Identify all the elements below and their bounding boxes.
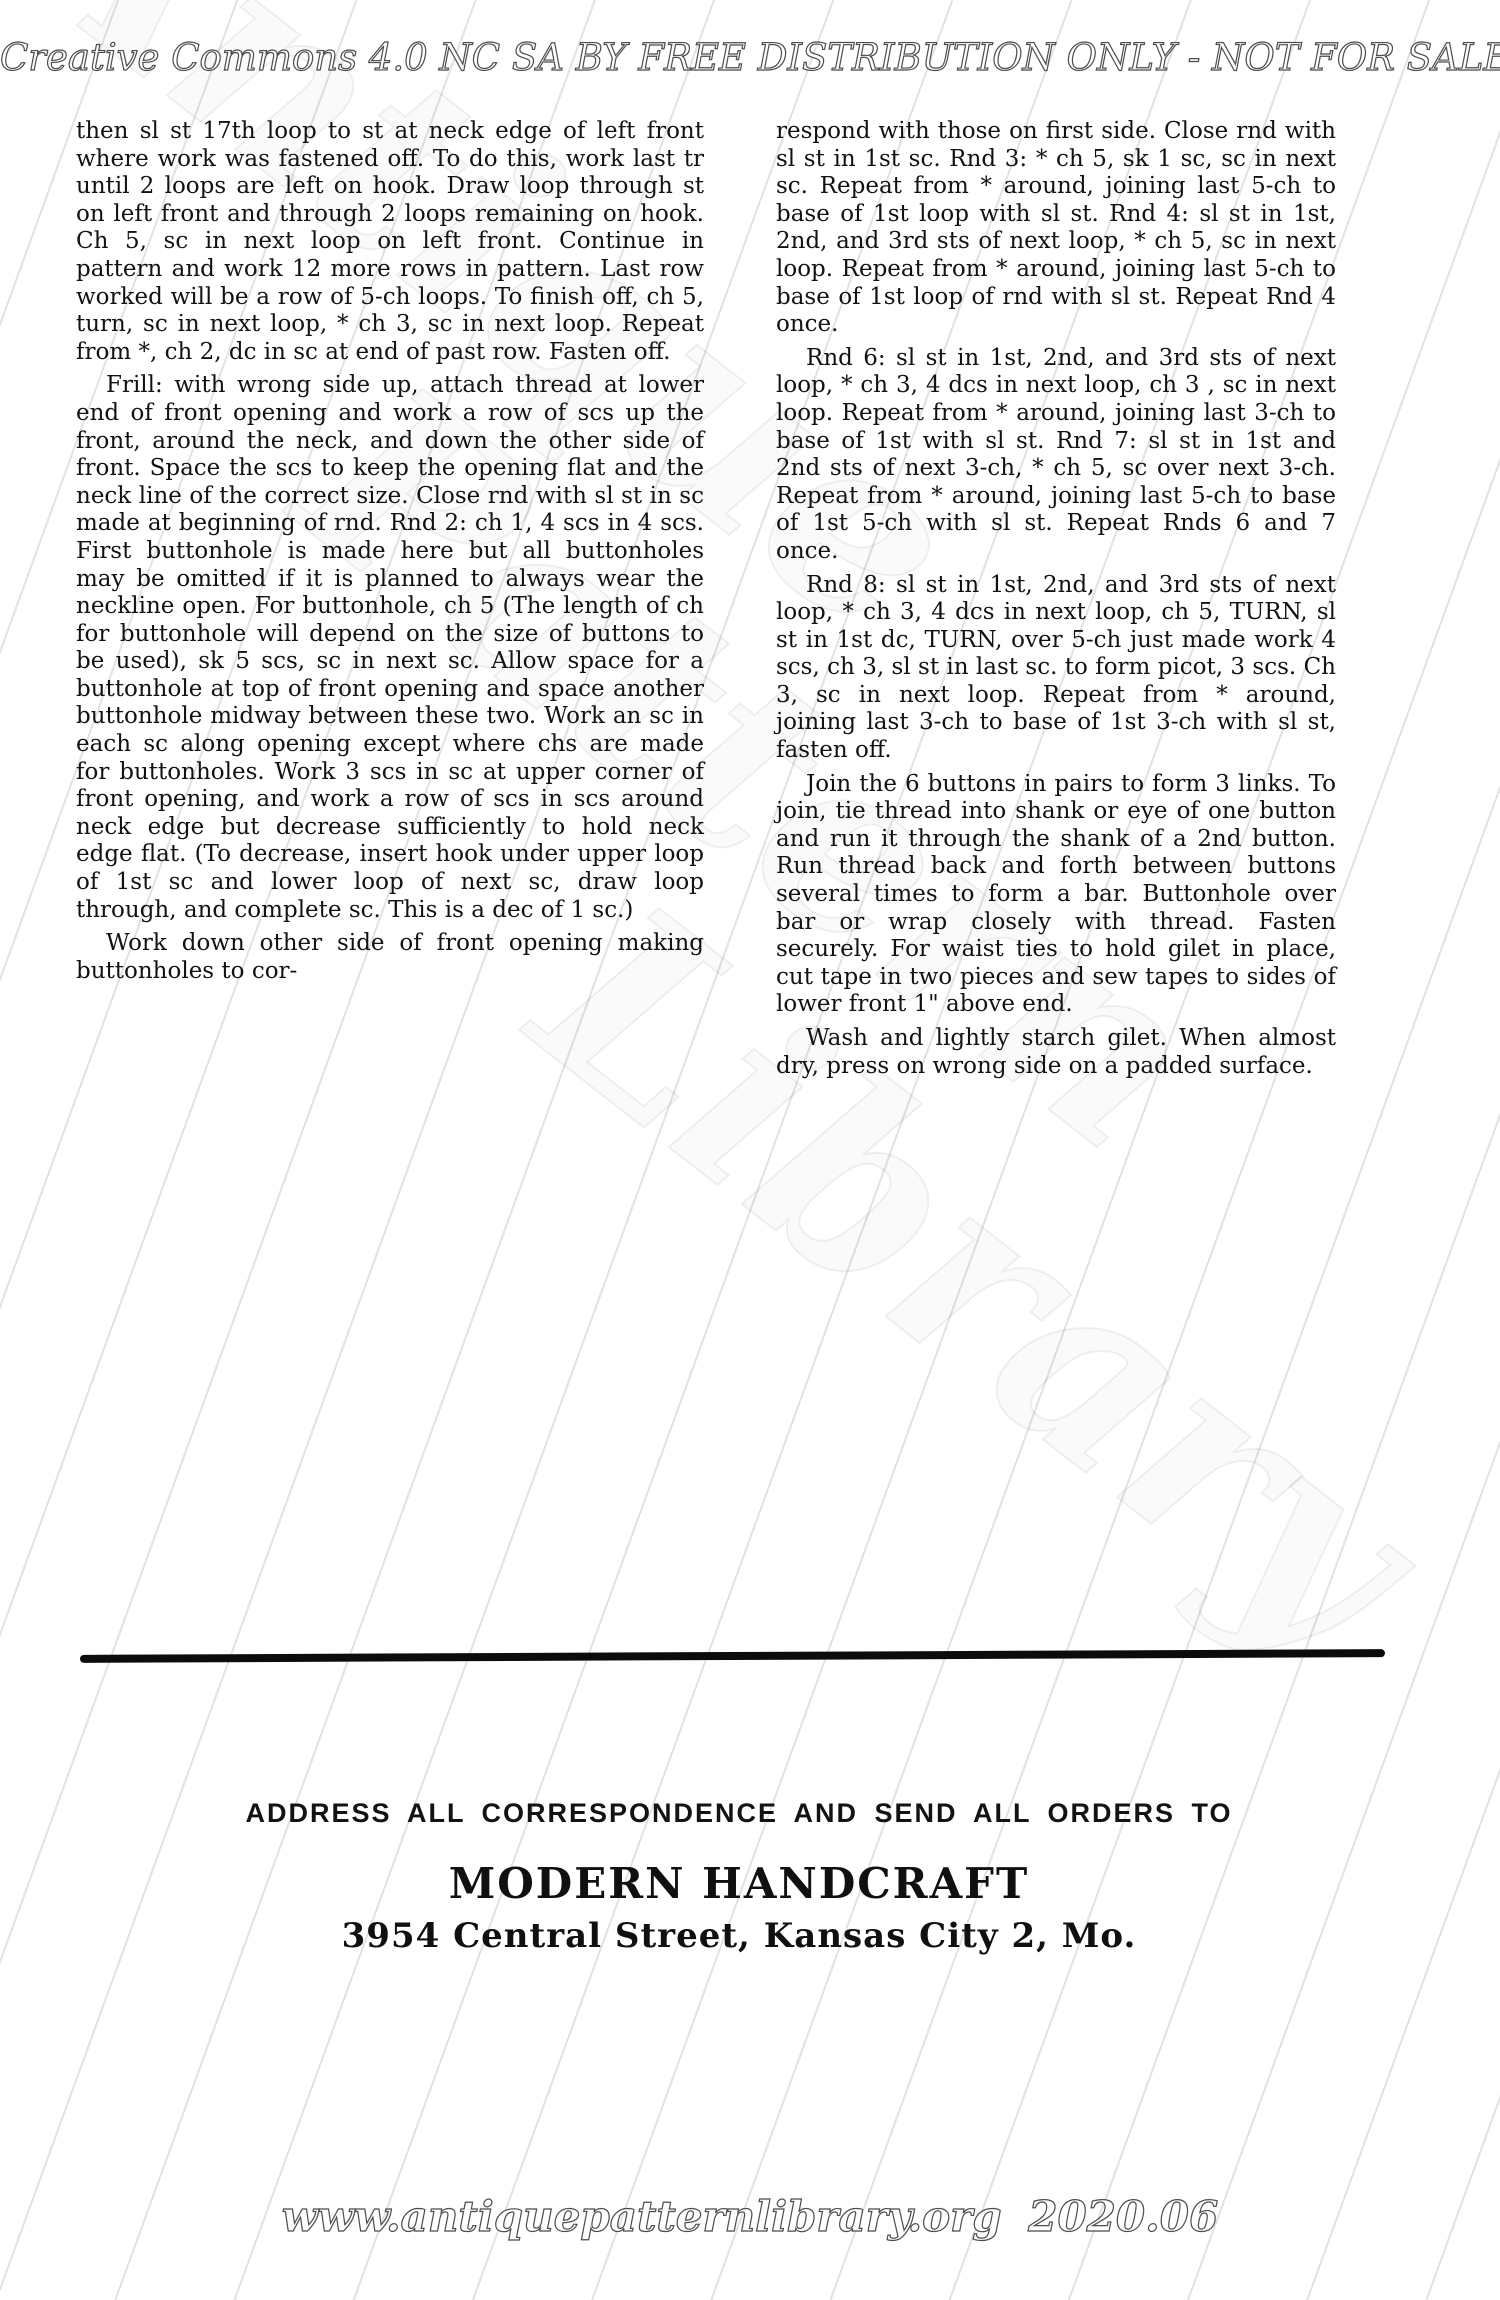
paragraph: Rnd 6: sl st in 1st, 2nd, and 3rd sts of… [776, 345, 1336, 566]
orders-instruction: ADDRESS ALL CORRESPONDENCE AND SEND ALL … [0, 1798, 1478, 1829]
right-text-column: respond with those on first side. Close … [776, 118, 1336, 1080]
scanned-pattern-page: { "page": { "header_notice": "Creative C… [0, 0, 1500, 2300]
paragraph: respond with those on first side. Close … [776, 118, 1336, 339]
footer-credit: www.antiquepatternlibrary.org 2020.06 [0, 2192, 1500, 2241]
paragraph: Wash and lightly starch gilet. When almo… [776, 1025, 1336, 1080]
paragraph: Rnd 8: sl st in 1st, 2nd, and 3rd sts of… [776, 572, 1336, 765]
paragraph: Frill: with wrong side up, attach thread… [76, 372, 704, 924]
publisher-address: 3954 Central Street, Kansas City 2, Mo. [0, 1916, 1478, 1956]
paragraph: then sl st 17th loop to st at neck edge … [76, 118, 704, 366]
license-header: Creative Commons 4.0 NC SA BY FREE DISTR… [0, 36, 1500, 79]
orders-block: ADDRESS ALL CORRESPONDENCE AND SEND ALL … [0, 1798, 1478, 1956]
left-text-column: then sl st 17th loop to st at neck edge … [76, 118, 704, 985]
paragraph: Work down other side of front opening ma… [76, 930, 704, 985]
publisher-name: MODERN HANDCRAFT [0, 1859, 1478, 1908]
paragraph: Join the 6 buttons in pairs to form 3 li… [776, 771, 1336, 1019]
